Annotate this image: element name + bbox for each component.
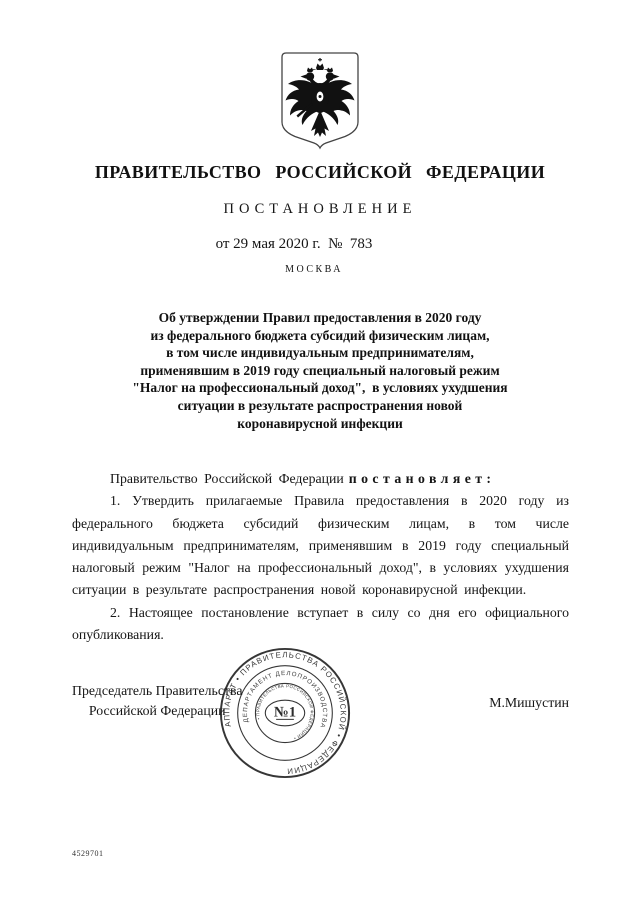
- title-line: применявшим в 2019 году специальный нало…: [70, 362, 570, 380]
- title-line: ситуации в результате распространения но…: [70, 397, 570, 415]
- document-body: Правительство Российской Федерациипостан…: [72, 468, 569, 646]
- city-label: МОСКВА: [0, 264, 634, 275]
- title-line: "Налог на профессиональный доход", в усл…: [70, 379, 570, 397]
- title-line: из федерального бюджета субсидий физичес…: [70, 327, 570, 345]
- signer-name: М.Мишустин: [489, 695, 569, 721]
- rider-mark: [319, 95, 322, 98]
- paragraph-2: 2. Настоящее постановление вступает в си…: [72, 602, 569, 647]
- round-stamp: АППАРАТ • ПРАВИТЕЛЬСТВА РОССИЙСКОЙ • ФЕД…: [216, 644, 354, 782]
- coat-of-arms-icon: [281, 52, 359, 150]
- document-title: Об утверждении Правил предоставления в 2…: [70, 309, 570, 432]
- intro-paragraph: Правительство Российской Федерациипостан…: [72, 468, 569, 490]
- doc-type: ПОСТАНОВЛЕНИЕ: [0, 201, 640, 218]
- document-page: ПРАВИТЕЛЬСТВО РОССИЙСКОЙ ФЕДЕРАЦИИ ПОСТА…: [0, 0, 640, 905]
- paragraph-1: 1. Утвердить прилагаемые Правила предост…: [72, 490, 569, 601]
- date-number-line: от 29 мая 2020 г. № 783: [0, 236, 614, 253]
- title-line: в том числе индивидуальным предпринимате…: [70, 344, 570, 362]
- title-line: коронавирусной инфекции: [70, 415, 570, 433]
- intro-text: Правительство Российской Федерации: [110, 471, 344, 486]
- registration-code: 4529701: [72, 849, 104, 858]
- org-name: ПРАВИТЕЛЬСТВО РОССИЙСКОЙ ФЕДЕРАЦИИ: [0, 162, 640, 183]
- stamp-number: №1: [274, 704, 296, 720]
- resolves-keyword: постановляет:: [349, 471, 496, 486]
- title-line: Об утверждении Правил предоставления в 2…: [70, 309, 570, 327]
